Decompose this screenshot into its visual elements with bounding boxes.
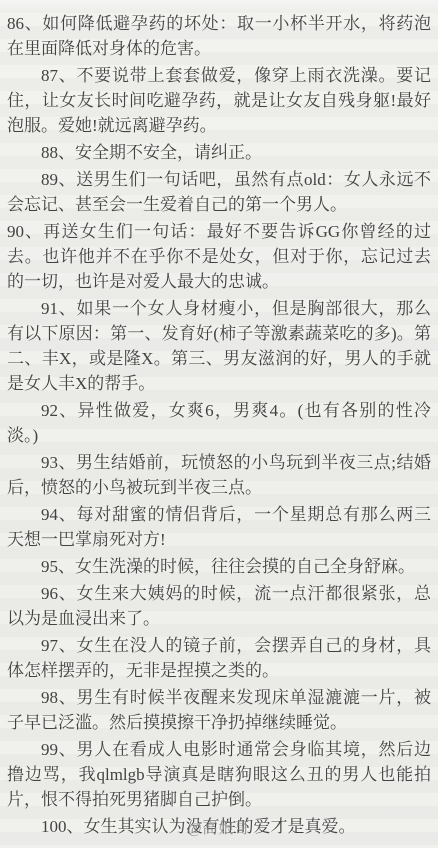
- paragraph-94: 94、每对甜蜜的情侣背后，一个星期总有那么两三天想一巴掌扇死对方!: [7, 502, 431, 552]
- watermark-text: @高娘哥: [188, 821, 251, 837]
- paragraph-93: 93、男生结婚前，玩愤怒的小鸟玩到半夜三点;结婚后，愤怒的小鸟被玩到半夜三点。: [7, 450, 431, 500]
- paragraph-88: 88、安全期不安全，请纠正。: [7, 140, 431, 165]
- paragraph-99: 99、男人在看成人电影时通常会身临其境，然后边撸边骂，我qlmlgb导演真是瞎狗…: [7, 737, 431, 812]
- text-body: 86、如何降低避孕药的坏处：取一小杯半开水，将药泡在里面降低对身体的危害。 87…: [7, 11, 431, 839]
- paragraph-98: 98、男生有时候半夜醒来发现床单湿漉漉一片，被子早已泛滥。然后摸摸擦干净扔掉继续…: [7, 685, 431, 735]
- paragraph-86: 86、如何降低避孕药的坏处：取一小杯半开水，将药泡在里面降低对身体的危害。: [7, 11, 431, 61]
- paragraph-91: 91、如果一个女人身材瘦小，但是胸部很大，那么有以下原因：第一、发育好(柿子等激…: [7, 296, 431, 396]
- paragraph-97: 97、女生在没人的镜子前，会摆弄自己的身材，具体怎样摆弄的，无非是捏摸之类的。: [7, 633, 431, 683]
- document-page: 86、如何降低避孕药的坏处：取一小杯半开水，将药泡在里面降低对身体的危害。 87…: [0, 0, 438, 848]
- paragraph-92: 92、异性做爱，女爽6，男爽4。(也有各别的性冷淡。): [7, 398, 431, 448]
- watermark: @高娘哥: [0, 818, 438, 840]
- paragraph-87: 87、不要说带上套套做爱，像穿上雨衣洗澡。要记住，让女友长时间吃避孕药，就是让女…: [7, 63, 431, 138]
- paragraph-95: 95、女生洗澡的时候，往往会摸的自己全身舒麻。: [7, 554, 431, 579]
- paragraph-96: 96、女生来大姨妈的时候，流一点汗都很紧张，总以为是血浸出来了。: [7, 581, 431, 631]
- paragraph-89: 89、送男生们一句话吧，虽然有点old：女人永远不会忘记、甚至会一生爱着自己的第…: [7, 167, 431, 217]
- paragraph-90: 90、再送女生们一句话：最好不要告诉GG你曾经的过去。也许他并不在乎你不是处女，…: [7, 219, 431, 294]
